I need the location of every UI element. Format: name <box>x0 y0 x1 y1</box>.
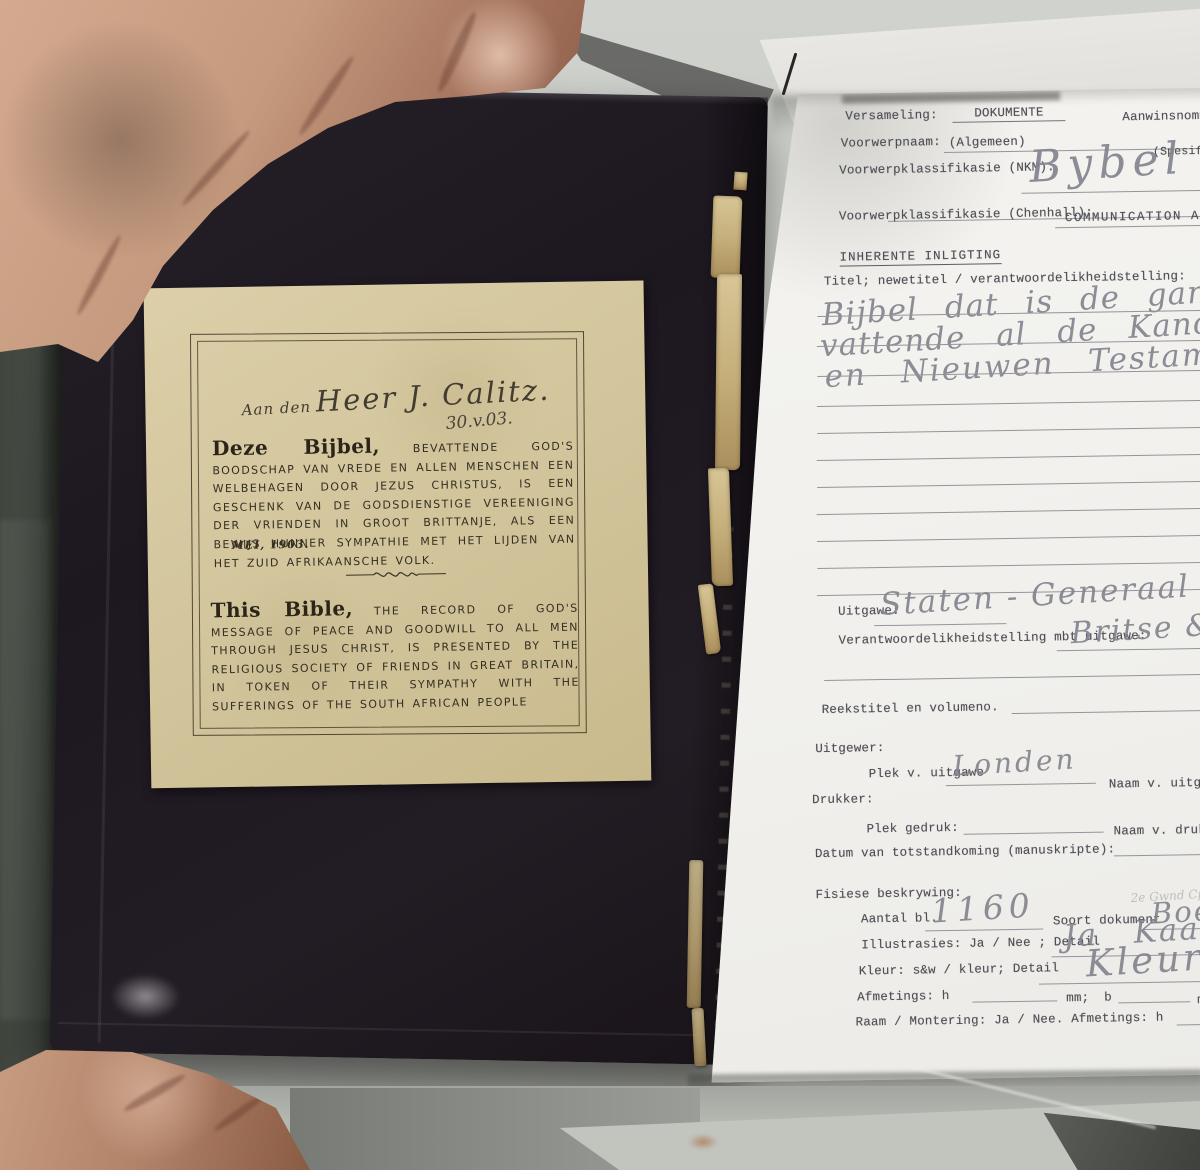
datum-label: Datum van totstandkoming (manuskripte): <box>815 842 1116 861</box>
reekstitel-label: Reekstitel en volumeno. <box>822 700 999 717</box>
titel-rule <box>817 507 1200 515</box>
catalog-form-paper: Versameling: DOKUMENTE Aanwinsnommer: HG… <box>690 87 1200 1083</box>
versameling-label: Versameling: <box>845 108 938 123</box>
titel-rule <box>817 399 1200 407</box>
cover-bottom-groove <box>58 1022 698 1036</box>
spine-tear-fragment <box>733 172 747 191</box>
reekstitel-line <box>1012 709 1200 714</box>
thumb-crease <box>74 233 123 316</box>
kleur-label: Kleur: s&w / kleur; Detail <box>859 961 1059 978</box>
aantal-handwriting: 1160 <box>930 885 1036 930</box>
spine-tear-fragment <box>715 274 742 470</box>
aanwinsnommer-label: Aanwinsnommer: <box>1122 109 1200 125</box>
titel-rule <box>817 480 1200 488</box>
voorwerpnaam-value: (Algemeen) <box>949 135 1026 150</box>
titel-rule <box>817 426 1200 434</box>
titel-rule <box>817 453 1200 461</box>
plek-gedruk-line <box>964 832 1104 835</box>
raam-h-line <box>1177 1024 1200 1026</box>
klassifikasie-nkm-label: Voorwerpklassifikasie (NKM): <box>839 160 1055 177</box>
uitgawe-line <box>874 623 1006 626</box>
afm-mm1: mm; <box>1066 991 1089 1005</box>
nkm-handwriting: Bybel <box>1028 133 1186 193</box>
verantwoordelikheid-line2 <box>824 673 1200 681</box>
verantwoordelikheid-handwriting: Britse & B. <box>1070 605 1200 651</box>
spine-tear-fragment <box>687 860 704 1008</box>
dedication-prefix: Aan den <box>241 398 311 419</box>
plate-date-line: MEI, 1903. <box>231 538 309 552</box>
plate-dutch-paragraph: Deze Bijbel, BEVATTENDE GOD'S BOODSCHAP … <box>212 434 576 574</box>
finger-crease <box>435 10 480 94</box>
titel-rule <box>817 534 1200 542</box>
drukker-label: Drukker: <box>812 792 874 807</box>
spine-tear-fragment <box>708 468 733 587</box>
plate-english-paragraph: This Bible, THE RECORD OF GOD'S MESSAGE … <box>210 596 580 717</box>
klassifikasie-chenhall-value: COMMUNICATION ARTIFACTS <box>1065 208 1200 225</box>
rust-smudge <box>688 1134 718 1150</box>
voorwerpnaam-label: Voorwerpnaam: <box>841 135 941 151</box>
naam-uitgewer-label: Naam v. uitgewer <box>1109 776 1200 792</box>
afmetings-label: Afmetings: h <box>857 989 950 1004</box>
left-shadow-strip-light <box>0 520 50 1020</box>
plate-flourish <box>344 566 448 587</box>
versameling-value: DOKUMENTE <box>952 105 1066 123</box>
afm-b: b <box>1104 990 1112 1004</box>
raam-label: Raam / Montering: Ja / Nee. Afmetings: h <box>855 1011 1163 1030</box>
afm-b-line <box>1118 1001 1190 1003</box>
datum-line <box>1114 853 1200 856</box>
plek-uitgawe-handwriting: Londen <box>952 742 1078 782</box>
naam-drukker-label: Naam v. drukker <box>1113 823 1200 839</box>
afm-h-line <box>972 1000 1057 1002</box>
kleur-handwriting: Kleur <box>1084 936 1200 986</box>
plek-uitgawe-line <box>946 783 1096 786</box>
plate-english-lead: This Bible, <box>210 596 353 622</box>
spine-tear-fragment <box>711 196 743 279</box>
bookplate: Aan den Heer J. Calitz. 30.v.03. Deze Bi… <box>144 281 652 789</box>
corner-scuff-bottom-left <box>110 973 181 1020</box>
klassifikasie-chenhall-label: Voorwerpklassifikasie (Chenhall): <box>839 206 1093 224</box>
knuckle-crease <box>122 1072 187 1115</box>
section-inherente: INHERENTE INLIGTING <box>839 248 1001 267</box>
plate-dutch-lead: Deze Bijbel, <box>212 434 380 461</box>
plek-gedruk-label: Plek gedruk: <box>866 821 959 836</box>
flourish-icon <box>344 566 448 582</box>
aantal-label: Aantal bl. <box>861 911 938 926</box>
photo-scene: Aan den Heer J. Calitz. 30.v.03. Deze Bi… <box>0 0 1200 1170</box>
titel-rule <box>817 561 1200 569</box>
uitgewer-label: Uitgewer: <box>815 741 885 756</box>
